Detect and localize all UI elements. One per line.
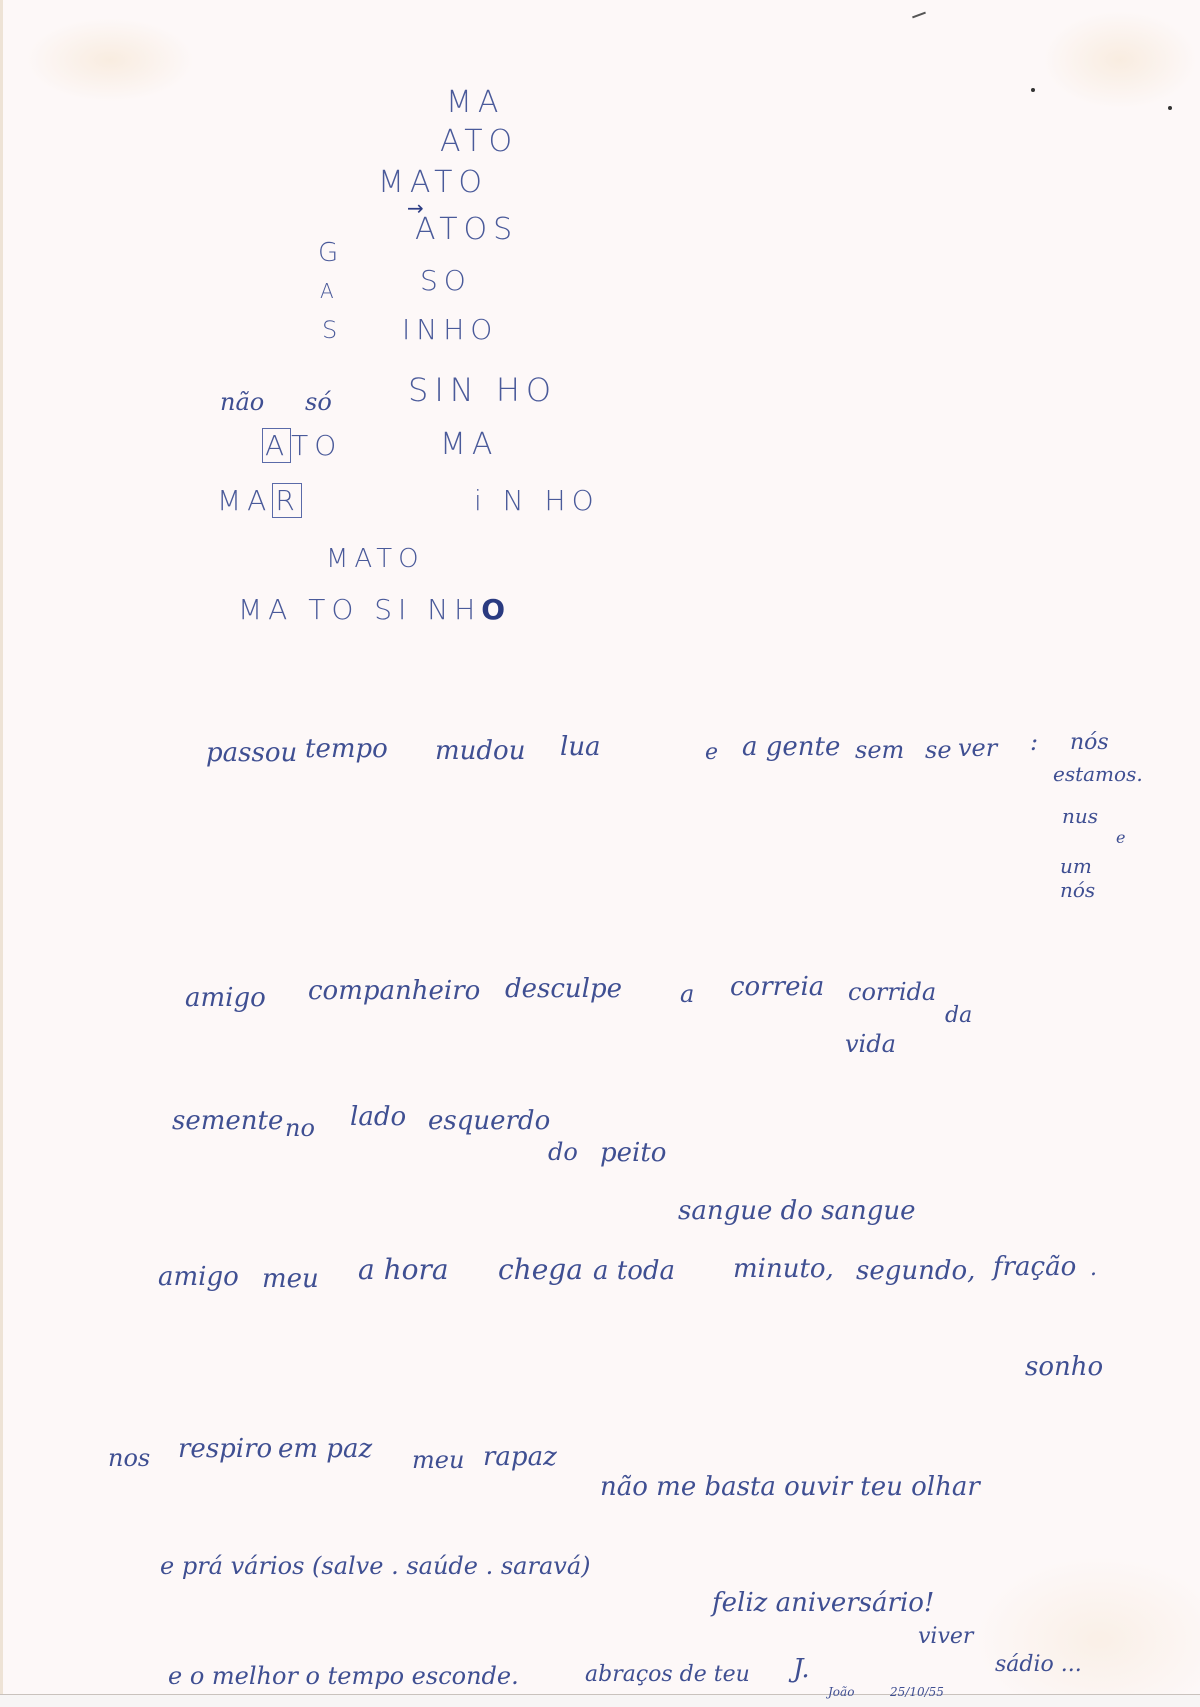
word: da: [945, 1005, 972, 1027]
word: do: [548, 1140, 578, 1164]
word: vida: [845, 1032, 896, 1056]
word: se: [925, 738, 952, 762]
ink-speck: [1168, 106, 1172, 110]
word: .: [1090, 1258, 1097, 1280]
word: a toda: [593, 1258, 675, 1284]
poem-nao: não: [220, 390, 264, 414]
word: corrida: [848, 980, 936, 1004]
line-right: não me basta ouvir teu olhar: [600, 1474, 980, 1500]
word: a hora: [358, 1256, 449, 1284]
word: segundo,: [856, 1258, 975, 1284]
word: lado: [350, 1104, 406, 1130]
poem-to: TO: [291, 429, 342, 462]
poem-mato: MATO: [378, 168, 488, 198]
paper-edge: [0, 0, 3, 1707]
word: passou: [206, 740, 297, 766]
poem-matosinho-o: O: [481, 593, 511, 626]
poem-inho: INHO: [402, 316, 498, 344]
poem-inho-2: i N HO: [474, 487, 600, 515]
poem-so-accent: só: [305, 390, 332, 414]
word: ver: [958, 736, 997, 760]
poem-ma-2: MA: [440, 430, 498, 460]
poem-mato-2: MATO: [326, 546, 425, 572]
poem-matosinho: MA TO SI NHO: [238, 596, 511, 624]
poem-so: SO: [420, 267, 472, 295]
boxed-letter-a: A: [262, 428, 291, 463]
poem-a: A: [320, 281, 340, 301]
word: no: [285, 1116, 315, 1140]
poem-ato: ATO: [440, 127, 518, 157]
word: amigo: [158, 1264, 239, 1290]
word: fração: [993, 1254, 1076, 1280]
poem-atos: ATOS: [415, 215, 518, 245]
word: nos: [108, 1446, 150, 1470]
word: em paz: [278, 1436, 372, 1462]
birthday-greeting: feliz aniversário!: [712, 1590, 934, 1616]
word: rapaz: [483, 1444, 557, 1470]
signature: J.: [793, 1656, 810, 1682]
scratch-mark: [912, 12, 926, 19]
ink-speck: [1031, 88, 1035, 92]
paper-bottom-edge: [0, 1694, 1200, 1707]
poem-ato-line: ATO: [262, 432, 342, 460]
word: chega: [498, 1256, 583, 1284]
poem-ma-prefix: MA: [217, 484, 272, 517]
poem-s: S: [322, 318, 343, 342]
margin-note: nós: [1070, 732, 1109, 754]
word: esquerdo: [428, 1108, 550, 1134]
signature-name: João: [828, 1686, 854, 1698]
poem-g: G: [318, 240, 344, 266]
margin-note: estamos.: [1053, 764, 1143, 784]
word: respiro: [178, 1436, 272, 1462]
scanned-page: MA ATO MATO → ATOS G SO A S INHO não só …: [0, 0, 1200, 1707]
word: sem: [855, 738, 904, 762]
word: desculpe: [505, 976, 622, 1002]
word: e: [705, 742, 718, 764]
margin-note: um: [1060, 856, 1092, 876]
margin-note: e: [1116, 830, 1125, 846]
margin-note: nós: [1060, 880, 1095, 900]
word: correia: [730, 974, 824, 1000]
word: tempo: [305, 736, 388, 762]
poem-sinho: SIN HO: [408, 374, 557, 406]
closing-abraco: abraços de teu: [585, 1664, 750, 1686]
word: companheiro: [308, 978, 480, 1004]
word: amigo: [185, 985, 266, 1011]
poem-matosinho-text: MA TO SI NH: [238, 593, 481, 626]
word-viver: viver: [918, 1626, 973, 1648]
word: a: [680, 982, 694, 1006]
line: e prá vários (salve . saúde . saravá): [160, 1554, 591, 1578]
word: meu: [412, 1448, 464, 1472]
poem-mar: MAR: [217, 487, 302, 515]
word-sadio: sádio ...: [995, 1654, 1082, 1676]
word: peito: [600, 1140, 666, 1166]
word: mudou: [435, 738, 525, 764]
word: :: [1030, 730, 1038, 754]
word: minuto,: [733, 1256, 834, 1282]
margin-note: nus: [1062, 806, 1098, 826]
word: a gente: [742, 734, 840, 760]
word-sonho: sonho: [1025, 1354, 1103, 1380]
word: semente: [172, 1108, 283, 1134]
poem-ma: MA: [446, 88, 504, 118]
closing-line: e o melhor o tempo esconde.: [168, 1664, 519, 1688]
boxed-letter-r: R: [272, 483, 301, 518]
date: 25/10/55: [890, 1686, 944, 1698]
word: meu: [262, 1266, 319, 1292]
line-upper: sangue do sangue: [678, 1198, 916, 1224]
word: lua: [560, 734, 601, 760]
